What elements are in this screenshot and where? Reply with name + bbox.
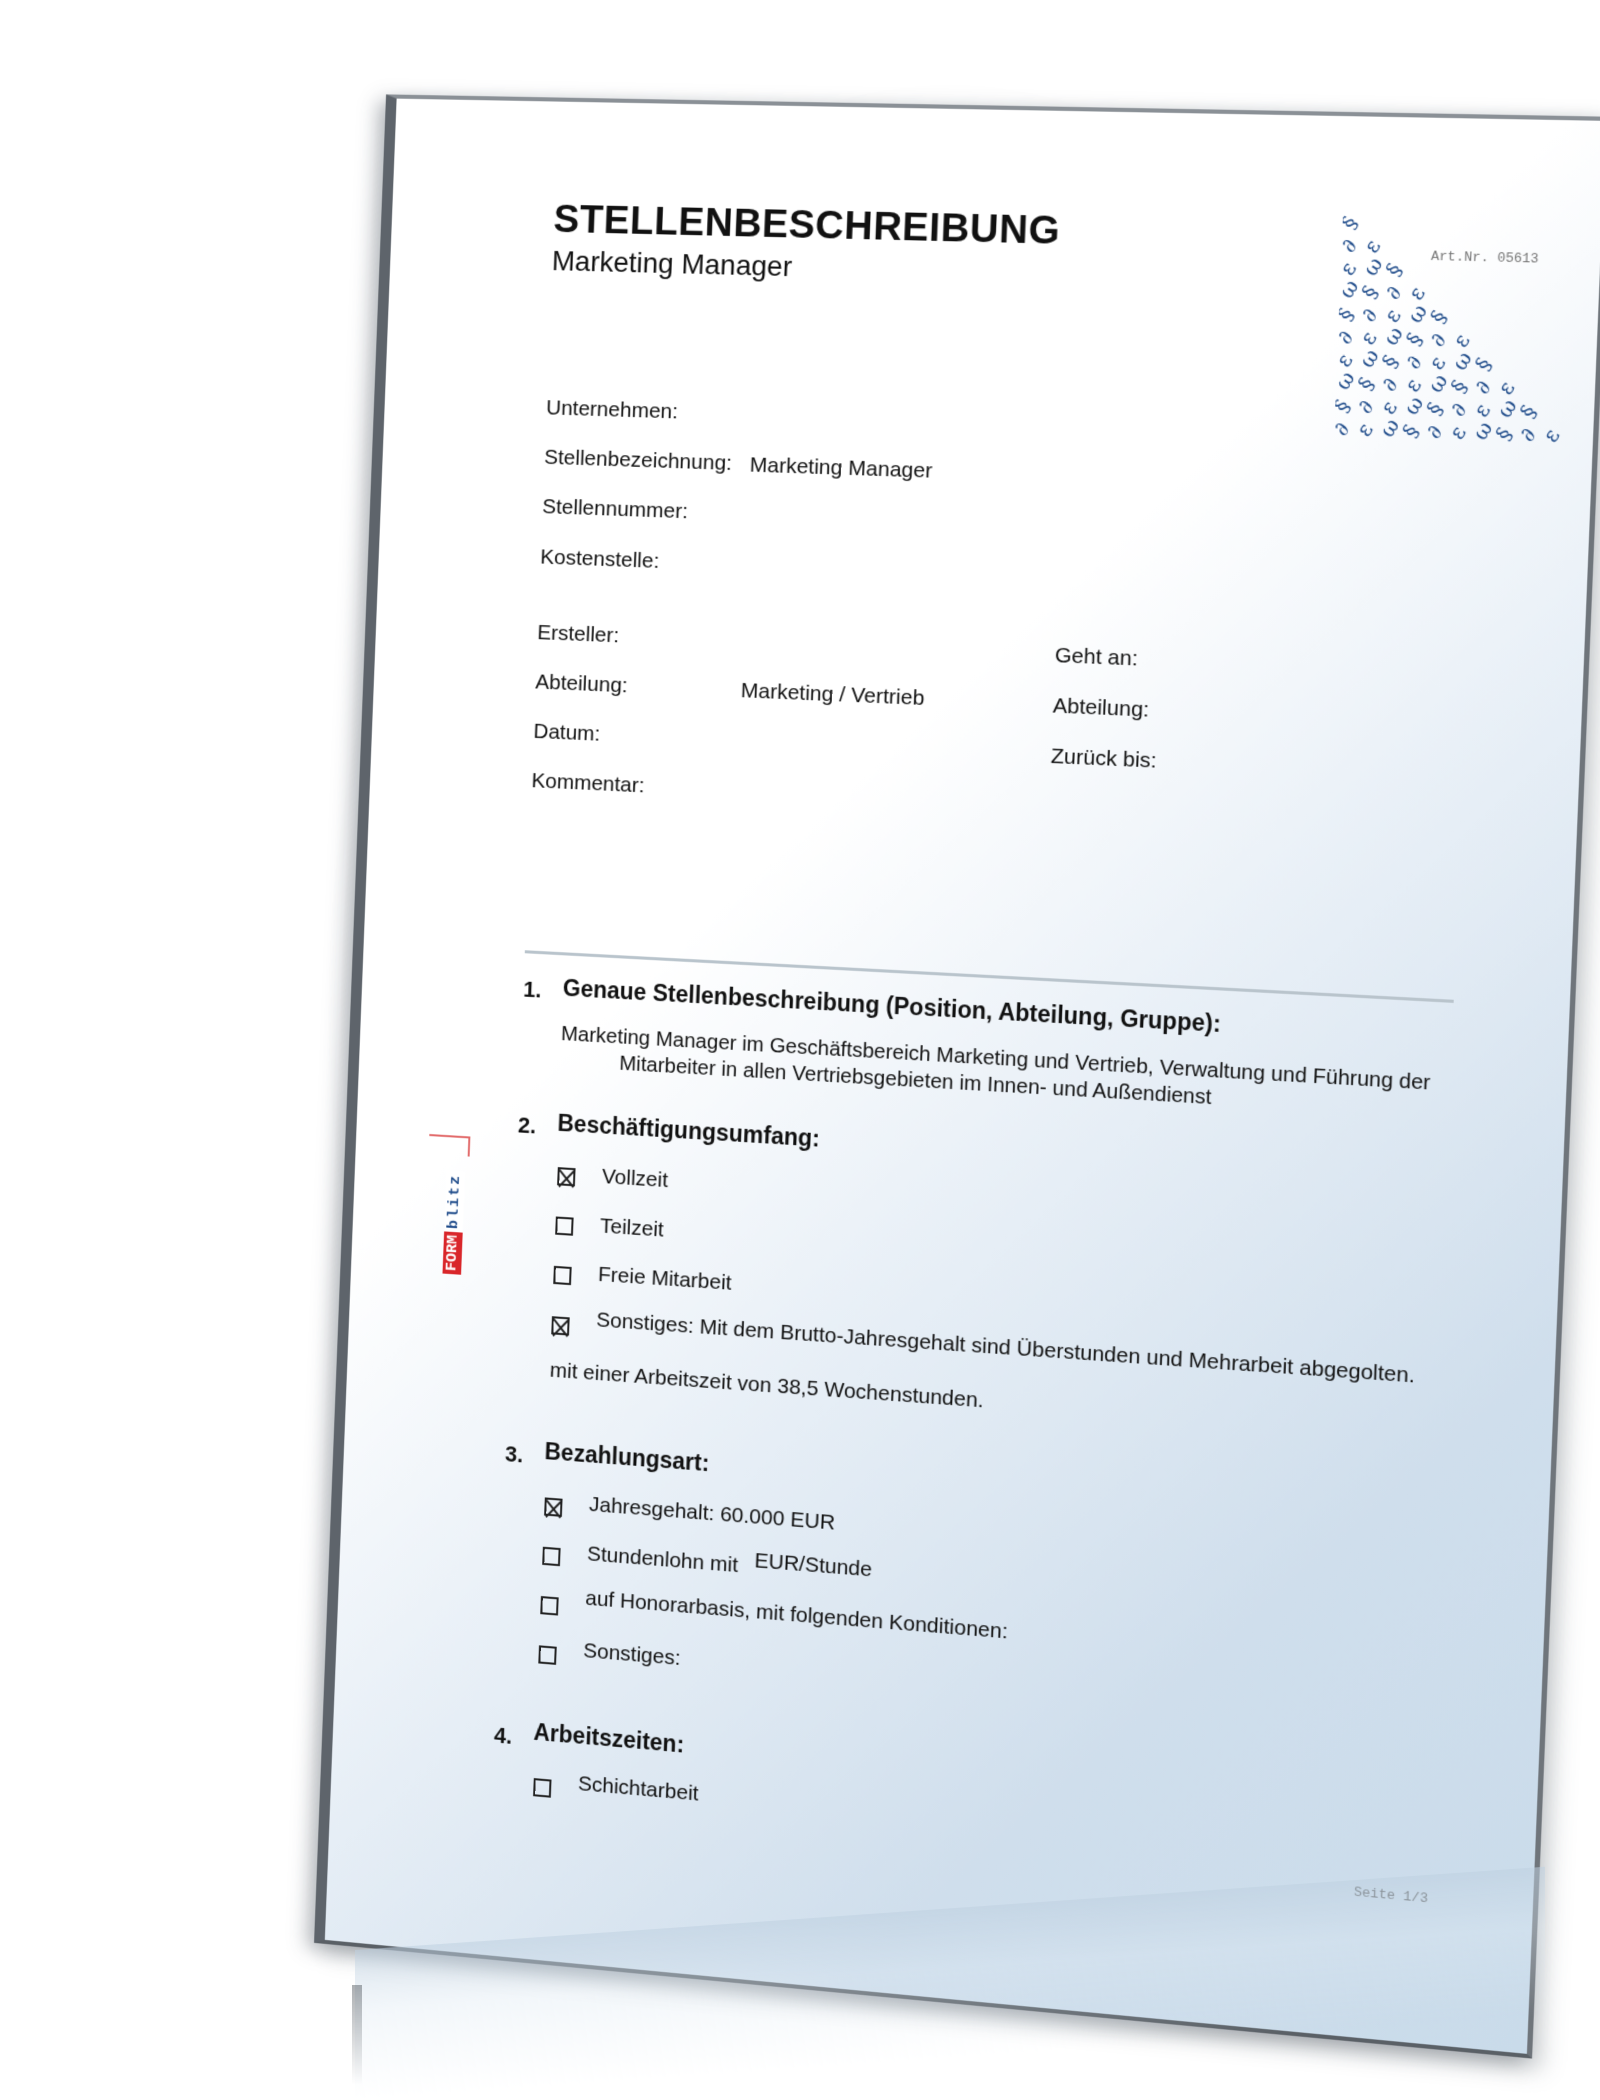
checkbox-honorarbasis[interactable] [540,1596,558,1616]
svg-text:ε: ε [1354,327,1381,349]
field-label-kommentar: Kommentar: [531,769,645,798]
svg-text:ε: ε [1447,329,1474,351]
svg-text:ε: ε [1334,257,1361,279]
svg-text:∂: ∂ [1420,420,1447,442]
checkbox-teilzeit[interactable] [555,1216,573,1235]
field-value-abteilung-left: Marketing / Vertrieb [740,679,925,711]
section-4-number: 4. [494,1722,513,1750]
option-schichtarbeit: Schichtarbeit [578,1772,699,1807]
document-title: STELLENBESCHREIBUNG [553,197,1061,254]
svg-text:ε: ε [1468,399,1496,422]
field-label-unternehmen: Unternehmen: [546,396,679,424]
field-label-abteilung-right: Abteilung: [1052,694,1149,723]
checkbox-vollzeit[interactable] [557,1167,575,1186]
section-2-title: Beschäftigungsumfang: [557,1110,820,1153]
svg-text:§: § [1401,328,1428,350]
svg-text:ε: ε [1403,282,1430,304]
checkbox-sonstiges-umfang[interactable] [551,1316,569,1335]
checkbox-schichtarbeit[interactable] [533,1778,551,1798]
logo-blitz-text: blitz [444,1170,465,1232]
svg-text:ε: ε [1492,376,1520,399]
option-sonstiges-bezahlung: Sonstiges: [583,1639,681,1671]
svg-text:§: § [1445,375,1472,397]
svg-text:∂: ∂ [1469,376,1496,398]
section-4-title: Arbeitszeiten: [533,1719,685,1759]
svg-text:ε: ε [1351,418,1378,440]
page-reflection-edge [352,1985,362,2085]
svg-text:ε: ε [1537,424,1565,447]
svg-text:ε: ε [1375,396,1402,418]
svg-text:§: § [1421,398,1448,420]
svg-text:§: § [1380,259,1407,281]
working-hours-note: mit einer Arbeitszeit von 38,5 Wochenstu… [549,1358,984,1413]
svg-text:§: § [1425,306,1452,328]
section-sign-pattern-icon: §∂εεω§ω§∂ε§∂εω§∂εω§∂εεω§∂εω§ω§∂εω§∂ε§∂εω… [1333,210,1587,457]
svg-text:∂: ∂ [1400,351,1427,373]
svg-text:§: § [1353,373,1380,395]
svg-text:§: § [1397,420,1424,442]
svg-text:ε: ε [1399,374,1426,396]
svg-text:∂: ∂ [1352,395,1379,417]
svg-text:ε: ε [1423,351,1450,373]
section-1-description: Marketing Manager im Geschäftsbereich Ma… [560,1021,1451,1125]
svg-text:∂: ∂ [1514,423,1542,446]
svg-text:ε: ε [1378,304,1405,326]
svg-text:ε: ε [1444,421,1471,443]
checkbox-stundenlohn[interactable] [542,1547,560,1567]
svg-text:∂: ∂ [1355,304,1382,326]
section-3-number: 3. [505,1441,524,1468]
checkbox-sonstiges-bezahlung[interactable] [538,1645,556,1665]
field-label-stellenbezeichnung: Stellenbezeichnung: [544,446,733,476]
option-vollzeit: Vollzeit [602,1165,669,1193]
formblitz-logo: FORMblitz [424,1134,488,1278]
svg-text:∂: ∂ [1335,234,1362,256]
svg-text:§: § [1333,303,1359,325]
svg-text:§: § [1356,281,1383,303]
svg-text:∂: ∂ [1424,328,1451,350]
svg-text:ε: ε [1358,235,1385,257]
svg-text:§: § [1336,212,1363,234]
checkbox-freie-mitarbeit[interactable] [553,1266,571,1285]
field-label-ersteller: Ersteller: [537,621,620,649]
svg-text:§: § [1377,350,1404,372]
checkbox-jahresgehalt[interactable] [544,1497,562,1516]
svg-text:§: § [1515,400,1542,422]
document-subtitle: Marketing Manager [551,245,792,283]
document-preview-stage: STELLENBESCHREIBUNG Marketing Manager Ar… [0,0,1600,2100]
option-freie-mitarbeit: Freie Mitarbeit [598,1263,732,1296]
field-label-stellennummer: Stellennummer: [542,495,689,524]
svg-text:§: § [1490,423,1517,445]
document-page: STELLENBESCHREIBUNG Marketing Manager Ar… [314,94,1600,2058]
field-label-geht-an: Geht an: [1054,644,1138,672]
section-2-number: 2. [518,1112,537,1139]
svg-text:∂: ∂ [1379,281,1406,303]
option-stundenlohn-suffix: EUR/Stunde [754,1549,872,1583]
svg-text:∂: ∂ [1376,373,1403,395]
option-stundenlohn: Stundenlohn mit [587,1542,739,1578]
option-honorarbasis: auf Honorarbasis, mit folgenden Konditio… [585,1586,1008,1644]
field-label-zurueck-bis: Zurück bis: [1050,744,1157,773]
logo-form-text: FORM [442,1231,462,1274]
field-value-stellenbezeichnung: Marketing Manager [749,453,933,484]
field-label-datum: Datum: [533,720,601,747]
option-jahresgehalt: Jahresgehalt: 60.000 EUR [589,1493,836,1536]
section-3-title: Bezahlungsart: [544,1438,710,1477]
field-label-kostenstelle: Kostenstelle: [540,545,660,574]
field-label-abteilung-left: Abteilung: [535,670,628,698]
option-teilzeit: Teilzeit [600,1214,665,1242]
svg-text:∂: ∂ [1444,398,1471,420]
svg-text:§: § [1470,353,1497,375]
section-1-number: 1. [523,976,542,1003]
